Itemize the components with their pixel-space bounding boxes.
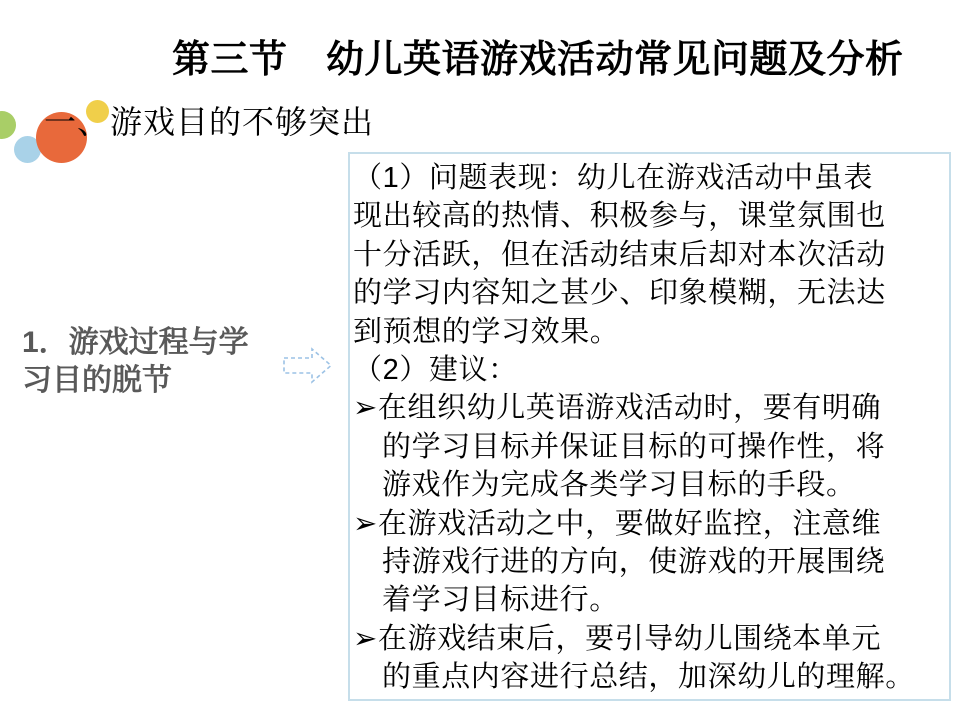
content-line: 的学习内容知之甚少、印象模糊，无法达 — [353, 274, 947, 312]
content-line-bullet: ➢在组织幼儿英语游戏活动时，要有明确 — [353, 389, 947, 427]
left-heading-line1: 1．游戏过程与学 — [22, 324, 249, 362]
content-line: （1）问题表现：幼儿在游戏活动中虽表 — [353, 159, 947, 197]
dashed-right-arrow-icon — [283, 347, 333, 384]
content-line: 持游戏行进的方向，使游戏的开展围绕 — [353, 543, 947, 581]
content-line-bullet: ➢在游戏结束后，要引导幼儿围绕本单元 — [353, 620, 947, 658]
content-line: 的学习目标并保证目标的可操作性，将 — [353, 428, 947, 466]
decorative-circle-green-icon — [0, 111, 16, 139]
content-line: 到预想的学习效果。 — [353, 313, 947, 351]
content-line: （2）建议： — [353, 351, 947, 389]
content-line: 现出较高的热情、积极参与，课堂氛围也 — [353, 197, 947, 235]
section-heading: 一、游戏目的不够突出 — [44, 97, 374, 143]
content-line-bullet: ➢在游戏活动之中，要做好监控，注意维 — [353, 505, 947, 543]
content-line: 的重点内容进行总结，加深幼儿的理解。 — [353, 658, 947, 696]
content-line: 游戏作为完成各类学习目标的手段。 — [353, 466, 947, 504]
slide-canvas: 第三节 幼儿英语游戏活动常见问题及分析 一、游戏目的不够突出 1．游戏过程与学 … — [0, 0, 960, 720]
content-box: （1）问题表现：幼儿在游戏活动中虽表 现出较高的热情、积极参与，课堂氛围也 十分… — [348, 152, 951, 701]
left-heading: 1．游戏过程与学 习目的脱节 — [22, 324, 249, 400]
content-line: 十分活跃，但在活动结束后却对本次活动 — [353, 236, 947, 274]
content-line: 着学习目标进行。 — [353, 581, 947, 619]
slide-title: 第三节 幼儿英语游戏活动常见问题及分析 — [172, 28, 904, 83]
left-heading-line2: 习目的脱节 — [22, 362, 249, 400]
